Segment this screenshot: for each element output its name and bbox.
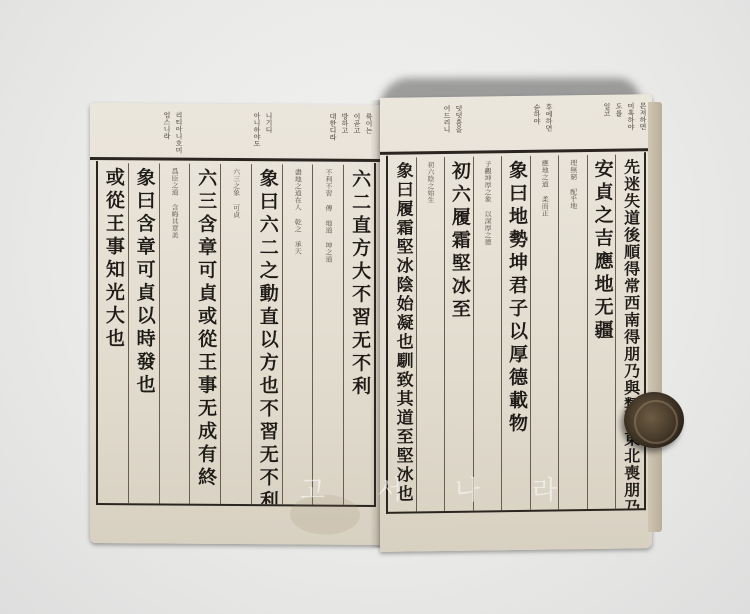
text-column: 初六履霜堅冰至 — [444, 157, 473, 511]
header-note: 업스니라 — [162, 111, 170, 139]
text-column: 爲臣之道 含晦其章美 — [159, 163, 190, 503]
weight-rim — [634, 400, 678, 444]
header-note: 니기디 — [264, 112, 272, 133]
header-note: 슌하야 — [532, 104, 540, 125]
text-column: 初六陰之始生 — [416, 157, 445, 511]
header-note: 이곧고 — [352, 113, 360, 134]
commentary-text: 不利不習 傳 地道 坤之道 — [325, 169, 332, 263]
right-text-columns: 先迷失道後順得常西南得朋乃與類行東北喪朋乃終有慶 安貞之吉應地无疆 理無窮 配乎… — [388, 154, 644, 512]
header-note: 도를 — [614, 103, 622, 117]
main-text: 或從王事知光大也 — [103, 167, 123, 351]
text-column: 安貞之吉應地无疆 — [587, 155, 616, 509]
main-text: 先迷失道後順得常西南得朋乃與類行東北喪朋乃終有慶 — [622, 158, 639, 508]
commentary-text: 理無窮 配乎地 — [569, 159, 576, 209]
main-text: 六三含章可貞或從王事无成有終 — [195, 168, 215, 490]
main-text: 象曰六二之動直以方也不習无不利地道光也 — [257, 168, 277, 504]
header-note: 후에하면 — [544, 103, 552, 131]
text-column: 六三之象 可貞 — [220, 164, 251, 504]
commentary-text: 盡地之道在人 乾之 承天 — [294, 168, 301, 254]
text-column: 不利不習 傳 地道 坤之道 — [312, 165, 343, 505]
commentary-text: 爲臣之道 含晦其章美 — [171, 168, 178, 239]
text-column: 象曰六二之動直以方也不習无不利地道光也 — [251, 164, 282, 504]
page-stack-edge — [648, 102, 662, 532]
text-column: 象曰地勢坤君子以厚德載物 — [501, 156, 530, 510]
main-text: 象曰履霜堅冰陰始凝也馴致其道至堅冰也 — [393, 161, 411, 503]
header-note: 덧덧흠을 — [454, 105, 462, 133]
header-note: 대한디라 — [328, 113, 336, 141]
commentary-text: 初六陰之始生 — [427, 161, 434, 203]
text-column: 盡地之道在人 乾之 承天 — [282, 164, 313, 504]
text-column: 象曰含章可貞以時發也 — [128, 163, 159, 503]
text-column: 或從王事知光大也 — [98, 163, 128, 503]
header-note: 리티아니호미 — [174, 112, 182, 154]
header-note: 일코 — [602, 103, 610, 117]
header-note: 방하고 — [340, 113, 348, 134]
commentary-text: 子觀坤厚之象 以深厚之德 — [484, 160, 491, 245]
header-note: 몬져하면 — [638, 102, 646, 130]
text-column: 象曰履霜堅冰陰始凝也馴致其道至堅冰也 — [388, 157, 416, 511]
header-note: 아니하야도 — [252, 112, 260, 147]
text-column: 子觀坤厚之象 以深厚之德 — [473, 156, 502, 510]
open-book-scene: 륙이는 이곧고 방하고 대한디라 니기디 아니하야도 리티아니호미 업스니라 六… — [0, 0, 750, 614]
text-column: 理無窮 配乎地 — [558, 155, 587, 509]
brass-weight — [624, 392, 684, 448]
header-note: 미혹하야 — [626, 102, 634, 130]
watermark: 고 서 나 라 — [300, 470, 579, 507]
header-note: 어드리니 — [442, 105, 450, 133]
left-text-columns: 六二直方大不習无不利 不利不習 傳 地道 坤之道 盡地之道在人 乾之 承天 象曰… — [98, 163, 374, 505]
text-column: 先迷失道後順得常西南得朋乃與類行東北喪朋乃終有慶 — [615, 154, 644, 508]
main-text: 安貞之吉應地无疆 — [592, 159, 612, 343]
main-text: 六二直方大不習无不利 — [349, 169, 369, 399]
text-column: 應地之道 柔而正 — [530, 155, 559, 509]
left-header-annotations: 륙이는 이곧고 방하고 대한디라 니기디 아니하야도 리티아니호미 업스니라 — [90, 103, 382, 159]
main-text: 象曰地勢坤君子以厚德載物 — [506, 160, 526, 436]
commentary-text: 六三之象 可貞 — [232, 168, 239, 218]
text-column: 六三含章可貞或從王事无成有終 — [189, 164, 220, 504]
main-text: 象曰含章可貞以時發也 — [134, 167, 154, 397]
main-text: 初六履霜堅冰至 — [449, 161, 469, 322]
right-header-annotations: 몬져하면 미혹하야 도를 일코 후에하면 슌하야 덧덧흠을 어드리니 — [380, 94, 652, 152]
commentary-text: 應地之道 柔而正 — [541, 160, 548, 217]
